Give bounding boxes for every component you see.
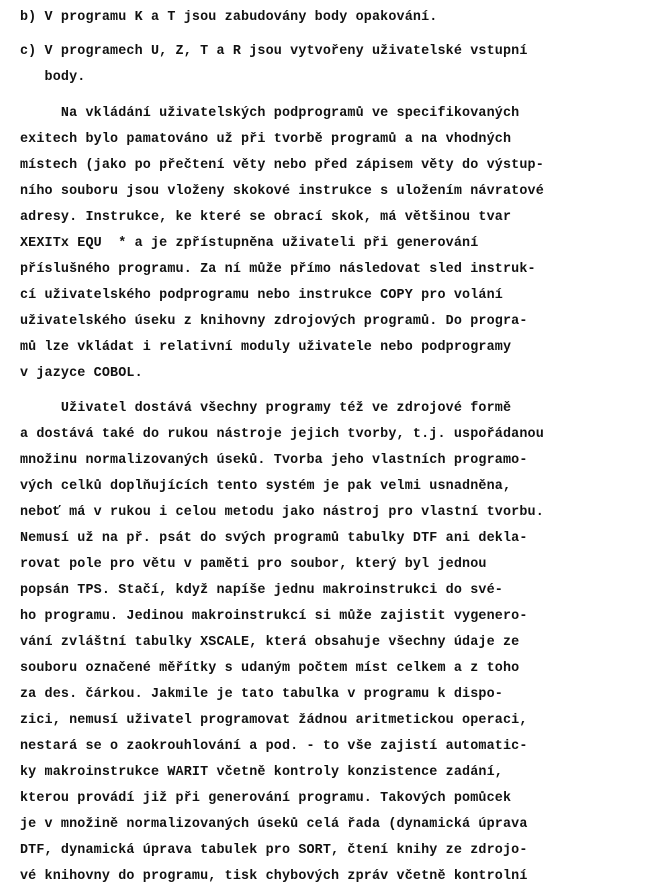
paragraph-2-line-5: neboť má v rukou i celou metodu jako nás… [20, 505, 544, 521]
paragraph-2-line-3: množinu normalizovaných úseků. Tvorba je… [20, 453, 528, 469]
paragraph-2-line-10: vání zvláštní tabulky XSCALE, která obsa… [20, 635, 519, 651]
list-item-b: b) V programu K a T jsou zabudovány body… [20, 10, 437, 26]
paragraph-1-line-11: v jazyce COBOL. [20, 366, 143, 382]
paragraph-2-line-1: Uživatel dostává všechny programy též ve… [20, 401, 511, 417]
list-item-c-line-1: c) V programech U, Z, T a R jsou vytvoře… [20, 44, 528, 60]
paragraph-2-line-7: rovat pole pro větu v paměti pro soubor,… [20, 557, 487, 573]
paragraph-2-line-17: je v množině normalizovaných úseků celá … [20, 817, 528, 833]
paragraph-2-line-15: ky makroinstrukce WARIT včetně kontroly … [20, 765, 503, 781]
list-item-c-line-2: body. [20, 70, 86, 86]
paragraph-2-line-19: vé knihovny do programu, tisk chybových … [20, 869, 528, 885]
paragraph-2-line-13: zici, nemusí uživatel programovat žádnou… [20, 713, 528, 729]
paragraph-1-line-9: uživatelského úseku z knihovny zdrojovýc… [20, 314, 528, 330]
paragraph-1-line-3: místech (jako po přečtení věty nebo před… [20, 158, 544, 174]
paragraph-1-line-5: adresy. Instrukce, ke které se obrací sk… [20, 210, 511, 226]
paragraph-2-line-14: nestará se o zaokrouhlování a pod. - to … [20, 739, 528, 755]
paragraph-2-line-18: DTF, dynamická úprava tabulek pro SORT, … [20, 843, 528, 859]
paragraph-2-line-16: kterou provádí již při generování progra… [20, 791, 511, 807]
paragraph-1-line-4: ního souboru jsou vloženy skokové instru… [20, 184, 544, 200]
paragraph-2-line-12: za des. čárkou. Jakmile je tato tabulka … [20, 687, 503, 703]
paragraph-1-line-7: příslušného programu. Za ní může přímo n… [20, 262, 536, 278]
paragraph-1-line-1: Na vkládání uživatelských podprogramů ve… [20, 106, 519, 122]
paragraph-2-line-4: vých celků doplňujících tento systém je … [20, 479, 511, 495]
paragraph-1-line-2: exitech bylo pamatováno už při tvorbě pr… [20, 132, 511, 148]
paragraph-1-line-8: cí uživatelského podprogramu nebo instru… [20, 288, 503, 304]
paragraph-1-line-6: XEXITx EQU * a je zpřístupněna uživateli… [20, 236, 478, 252]
paragraph-2-line-8: popsán TPS. Stačí, když napíše jednu mak… [20, 583, 503, 599]
paragraph-2-line-9: ho programu. Jedinou makroinstrukcí si m… [20, 609, 528, 625]
paragraph-2-line-2: a dostává také do rukou nástroje jejich … [20, 427, 544, 443]
paragraph-2-line-6: Nemusí už na př. psát do svých programů … [20, 531, 528, 547]
paragraph-2-line-11: souboru označené měřítky s udaným počtem… [20, 661, 519, 677]
paragraph-1-line-10: mů lze vkládat i relativní moduly uživat… [20, 340, 511, 356]
typewritten-page: b) V programu K a T jsou zabudovány body… [0, 0, 650, 894]
